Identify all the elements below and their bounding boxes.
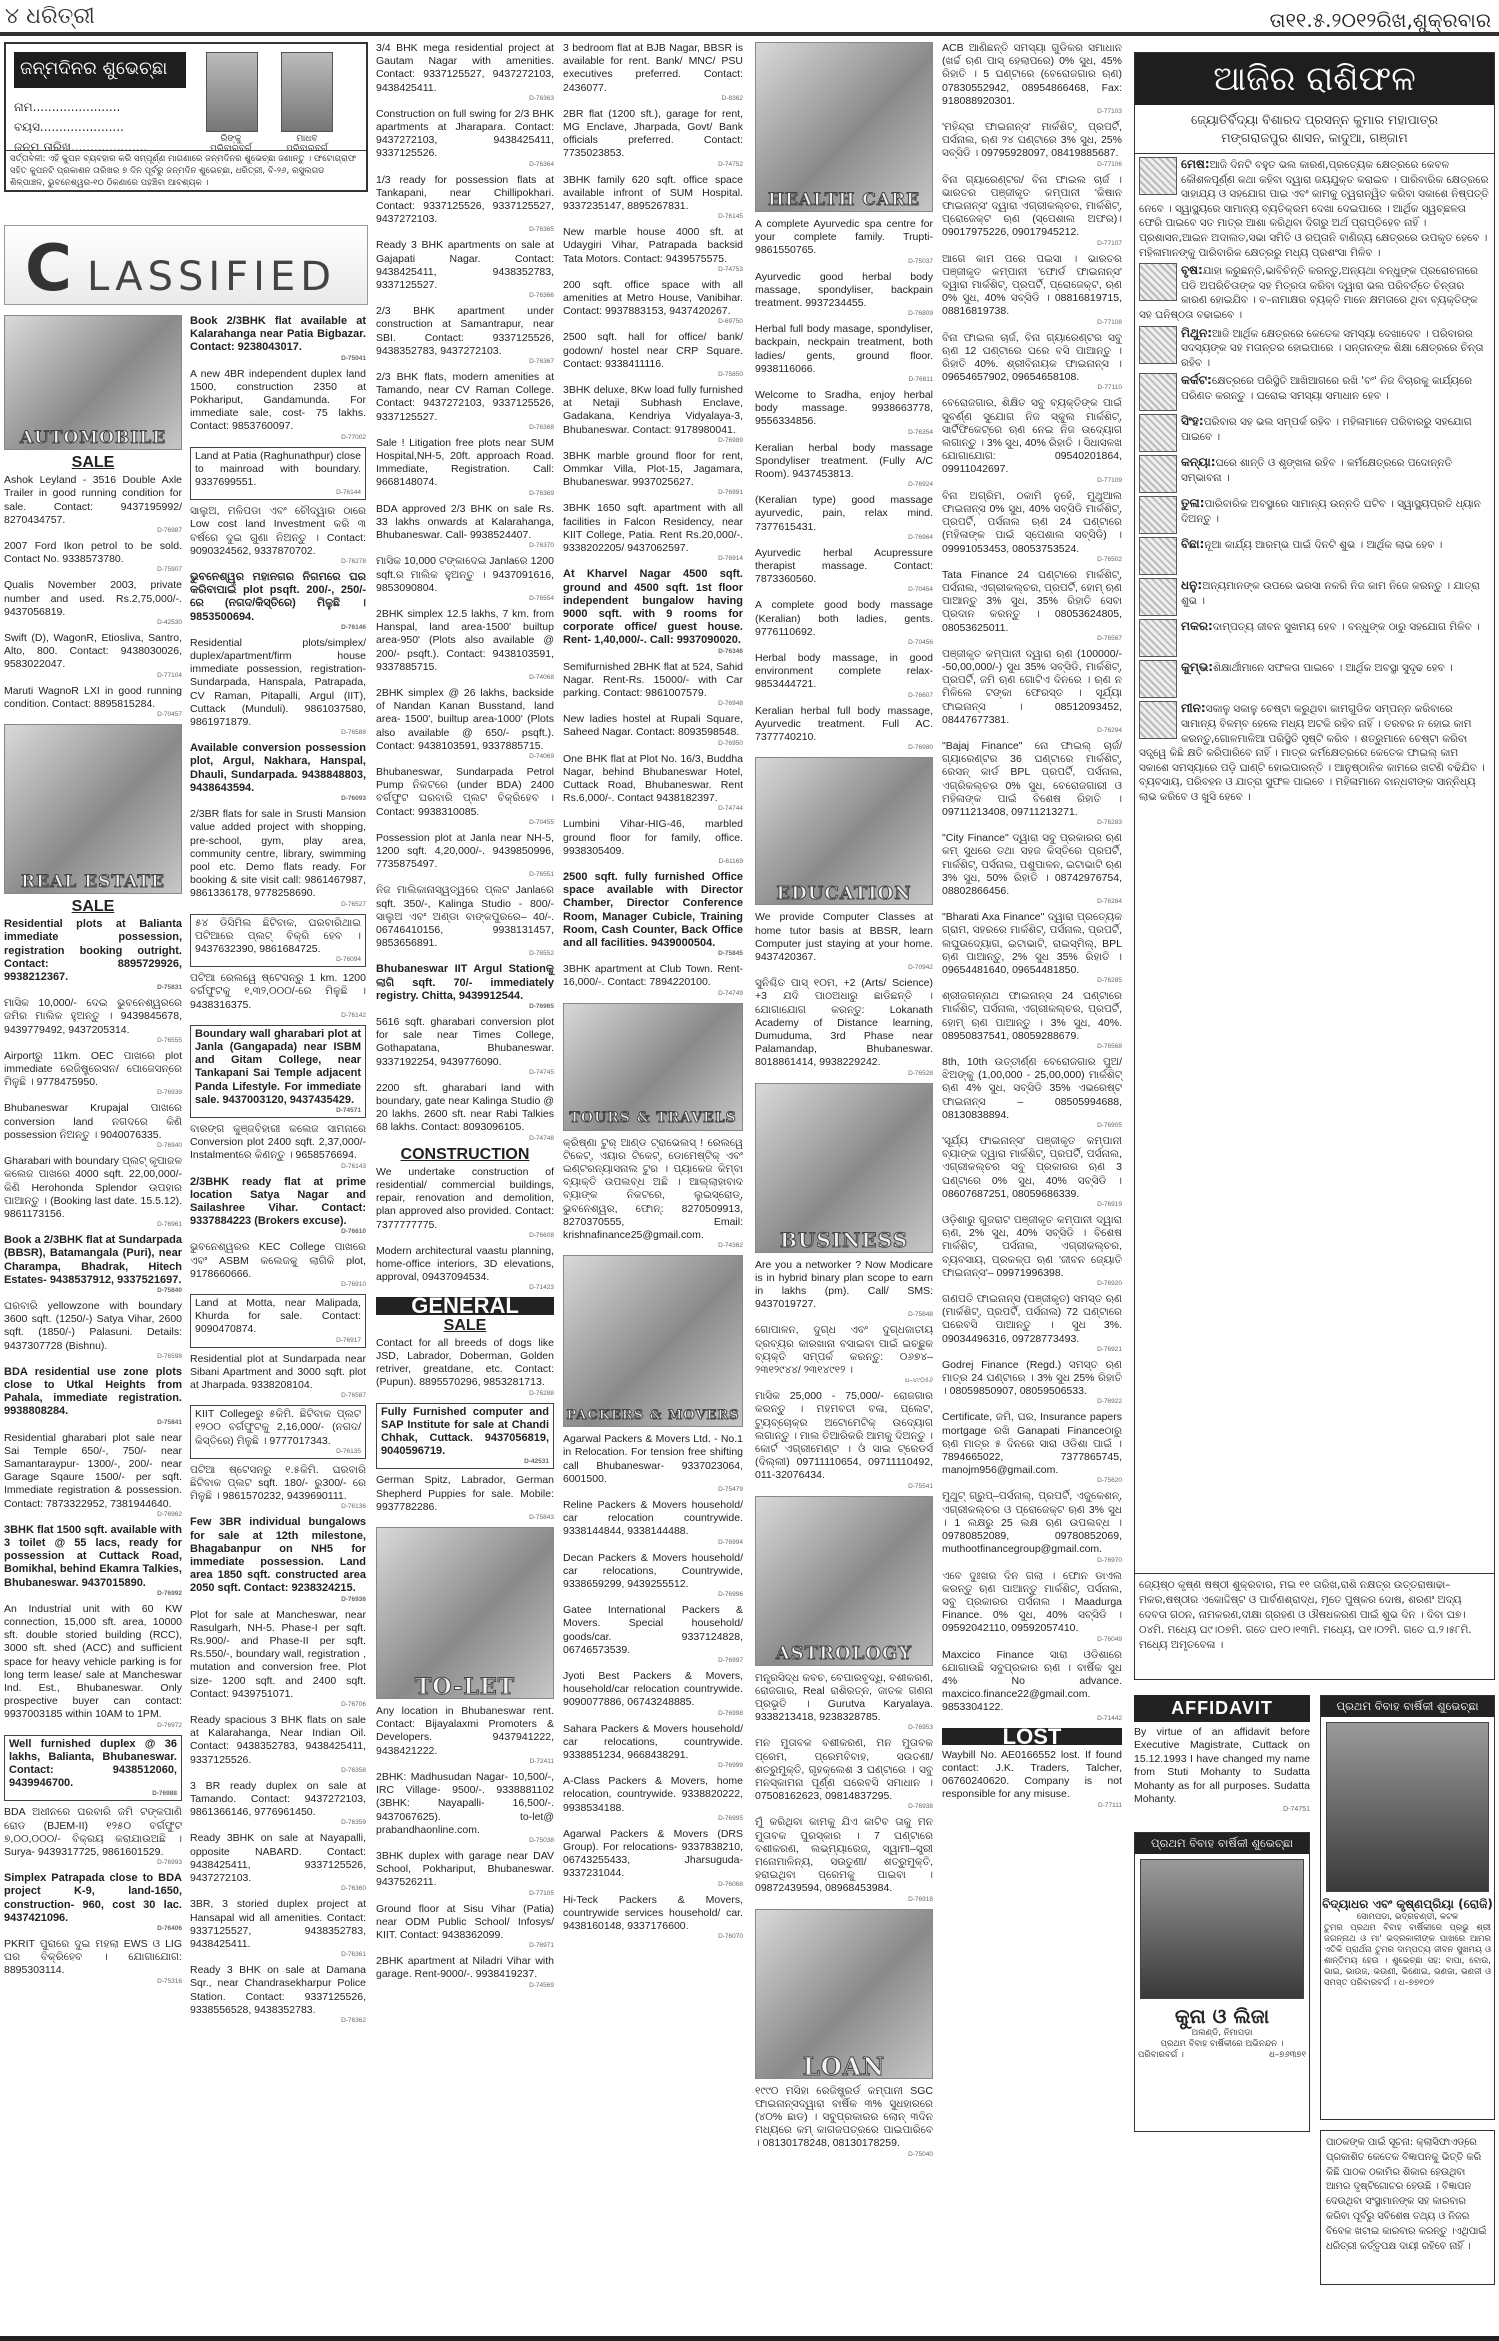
ad-text: A complete Ayurvedic spa centre for your… xyxy=(755,218,933,256)
ad-code: D-70456 xyxy=(755,639,933,647)
ad-text: 2/3 BHK apartment under construction at … xyxy=(376,305,554,357)
ad-code: D-76910 xyxy=(190,1281,366,1289)
ad-code: D-76588 xyxy=(190,729,366,737)
classified-ad: Boundary wall gharabari plot at Janla (G… xyxy=(190,1025,366,1118)
ad-code: D-76555 xyxy=(4,1037,182,1045)
ad-text: 'ସୂର୍ଯ୍ୟ ଫାଇନାନ୍ସ' ପଞ୍ଜୀକୃତ କମ୍ପାନୀ ବ୍ୟା… xyxy=(942,1135,1122,1200)
ad-code: D-76997 xyxy=(563,1657,743,1665)
classified-ad: We provide Computer Classes at home tuto… xyxy=(755,911,933,972)
ad-text: Ready spacious 3 BHK flats on sale at Ka… xyxy=(190,1714,366,1766)
classified-ad: 2500 sqft. fully furnished Office space … xyxy=(563,871,743,958)
classified-ad: Qualis November 2003, private number and… xyxy=(4,579,182,627)
ad-code: D-76367 xyxy=(376,358,554,366)
birthday-coupon-title: ଜନ୍ମଦିନର ଶୁଭେଚ୍ଛା xyxy=(14,52,186,88)
ad-text: Maruti WagnoR LXI in good running condit… xyxy=(4,685,182,710)
zodiac-name: ମେଷ: xyxy=(1181,157,1210,171)
ad-text: 2500 sqft. hall for office/ bank/ godown… xyxy=(563,331,743,369)
ad-code: D-76961 xyxy=(4,1221,182,1229)
ad-text: ମାସିକ 25,000 - 75,000/- ରୋଜଗାର କରନ୍ତୁ । … xyxy=(755,1390,933,1481)
ad-text: Agarwal Packers & Movers (DRS Group). Fo… xyxy=(563,1828,743,1880)
ad-text: Book 2/3BHK flat available at Kalarahang… xyxy=(190,315,366,353)
ad-text: BDA approved 2/3 BHK on sale Rs. 33 lakh… xyxy=(376,503,554,541)
ad-text: 3BHK marble ground floor for rent, Ommka… xyxy=(563,450,743,488)
zodiac-name: ମୀନ: xyxy=(1181,701,1206,715)
ad-text: ମାସିକ 10,000 ଟଙ୍କାଦେଇ Janlaରେ 1200 sqft.… xyxy=(376,555,554,593)
ad-text: 5616 sqft. gharabari conversion plot for… xyxy=(376,1016,554,1068)
ad-code: D-76369 xyxy=(376,490,554,498)
ad-code: D-70942 xyxy=(755,964,933,972)
zodiac-text: ପାରିବାରିକ ଅବସ୍ଥାରେ ସାମାନ୍ୟ ଉନ୍ନତି ଘଟିବ ।… xyxy=(1181,498,1481,525)
anniversary-wish-2: ପ୍ରଥମ ବିବାହ ବାର୍ଷିକୀ ଶୁଭେଚ୍ଛା କୁନା ଓ ଲିଜ… xyxy=(1134,1832,1310,2132)
ad-text: ମାସିକ 10,000/- ଦେଇ ଭୁବନେଶ୍ୱରରେ ଜମିର ମାଲି… xyxy=(4,997,182,1035)
zodiac-entry: କୁମ୍ଭ:ଶିକ୍ଷାର୍ଥୀମାନେ ସଫଳତା ପାଇବେ । ଆର୍ଥି… xyxy=(1135,657,1494,698)
ad-code: D-76987 xyxy=(4,527,182,535)
ad-code: D-76068 xyxy=(563,1881,743,1889)
classified-ad: 2BHK simplex @ 26 lakhs, backside of Nan… xyxy=(376,687,554,761)
ad-code: D-77104 xyxy=(4,672,182,680)
ad-text: 3BHK 1650 sqft. apartment with all facil… xyxy=(563,502,743,554)
ad-text: Ayurvedic good herbal body massage, spon… xyxy=(755,271,933,309)
classified-ad: Possession plot at Janla near NH-5, 1200… xyxy=(376,832,554,880)
ad-text: PKRIT ପୁରାରେ ଦୁଇ ମହଲା EWS ଓ LIG ଘର ବିକ୍ର… xyxy=(4,1938,182,1976)
ad-code: D-76980 xyxy=(755,744,933,752)
ad-code: D-75038 xyxy=(376,1837,554,1845)
zodiac-text: ଆଜି ଆର୍ଥିକ କ୍ଷେତ୍ରରେ କେତେକ ସମସ୍ୟା ଦେଖାଦେ… xyxy=(1181,328,1483,369)
ad-code: D-76049 xyxy=(942,1636,1122,1644)
page-number-masthead: ୪ ଧରିତ୍ରୀ xyxy=(5,4,95,29)
classified-ad: ବିନା ଫାଇଲ ଚାର୍ଜ, ବିନା ଗ୍ୟାରେଣ୍ଟର ସବୁ ଋଣ … xyxy=(942,332,1122,393)
ad-text: Residential plots at Balianta immediate … xyxy=(4,918,182,983)
zodiac-entry: ତୁଳା:ପାରିବାରିକ ଅବସ୍ଥାରେ ସାମାନ୍ୟ ଉନ୍ନତି ଘ… xyxy=(1135,493,1494,534)
classified-ad: ନିଜ ମାଲିକାନାସ୍ୱତ୍ୱରେ ପ୍ଲଟ Janlaରେ sqft. … xyxy=(376,884,554,958)
classified-ad: ପଞ୍ଜୀକୃତ କମ୍ପାନୀ ଦ୍ୱାରା ଋଣ (100000/- -50… xyxy=(942,648,1122,735)
classified-ad: Gharabari with boundary ପ୍ଲଟ୍ କୃପାଜଳ କଲେ… xyxy=(4,1155,182,1229)
ad-code: ଧ–୪୯୦୫୬ xyxy=(755,1377,933,1385)
ad-code: D-75479 xyxy=(563,1486,743,1494)
ad-code: D-76989 xyxy=(563,437,743,445)
classified-ad: Ashok Leyland - 3516 Double Axle Trailer… xyxy=(4,474,182,535)
classified-ad: Swift (D), WagonR, Etiosliva, Santro, Al… xyxy=(4,632,182,680)
ad-code: D-76368 xyxy=(376,424,554,432)
classified-ad: Keralian herbal body massage Spondyliser… xyxy=(755,442,933,490)
ad-code: D-76970 xyxy=(942,1557,1122,1565)
classified-ad: 3 bedroom flat at BJB Nagar, BBSR is ava… xyxy=(563,42,743,103)
birthday-coupon: ଜନ୍ମଦିନର ଶୁଭେଚ୍ଛା ନାମ...................… xyxy=(4,42,368,192)
classified-ad: ମାସିକ 10,000/- ଦେଇ ଭୁବନେଶ୍ୱରରେ ଜମିର ମାଲି… xyxy=(4,997,182,1045)
classified-ad: 2/3 BHK flats, modern amenities at Taman… xyxy=(376,371,554,432)
classified-ad: 3BHK deluxe, 8Kw load fully furnished at… xyxy=(563,384,743,445)
ad-text: Jyoti Best Packers & Movers, household/c… xyxy=(563,1670,743,1708)
classified-ad: ଭୁବନେଶ୍ୱର ମହାନଗର ନିଗମରେ ଘର କରିବାପାଇଁ plo… xyxy=(190,571,366,632)
ad-text: 3BHK apartment at Club Town. Rent-16,000… xyxy=(563,963,743,988)
ad-code: D-76917 xyxy=(195,1337,361,1345)
ad-text: Herbal full body masage, spondyliser, ba… xyxy=(755,323,933,375)
classified-ad: Agarwal Packers & Movers (DRS Group). Fo… xyxy=(563,1828,743,1889)
ad-text: Sale ! Litigation free plots near SUM Ho… xyxy=(376,437,554,489)
ad-code: D-76093 xyxy=(190,795,366,803)
classified-ad: Plot for sale at Mancheswar, near Rasulg… xyxy=(190,1609,366,1709)
classified-ad: Certificate, ଜମି, ଘର, Insurance papers m… xyxy=(942,1411,1122,1485)
ad-text: Airportରୁ 11km. OEC ପାଖରେ plot immediate… xyxy=(4,1050,182,1088)
zodiac-entry: ଧନୁ:ଅନ୍ୟମାନଙ୍କ ଉପରେ ଭରସା ନକରି ନିଜ କାମ ନି… xyxy=(1135,575,1494,616)
classified-ad: BDA residential use zone plots close to … xyxy=(4,1366,182,1427)
ad-text: Lumbini Vihar-HIG-46, marbled ground flo… xyxy=(563,818,743,856)
column-1: AUTOMOBILE SALE Ashok Leyland - 3516 Dou… xyxy=(4,315,182,1991)
ad-text: Book a 2/3BHK flat at Sundarpada (BBSR),… xyxy=(4,1234,182,1286)
zodiac-name: ବିଛା: xyxy=(1181,537,1204,551)
ad-code: D-76936 xyxy=(190,1596,366,1604)
classified-ad: New marble house 4000 sft. at Udaygiri V… xyxy=(563,226,743,274)
classified-ad: At Kharvel Nagar 4500 sqft. ground and 4… xyxy=(563,568,743,655)
loan-label: LOAN xyxy=(756,2060,932,2073)
ad-text: ଗଣପତି ଫାଇନାନ୍ସ (ପଞ୍ଜୀକୃତ) ସମସ୍ତ ଋଣ (ମାର୍… xyxy=(942,1293,1122,1345)
ad-text: Herbal body massage, in good environment… xyxy=(755,652,933,690)
classified-ad: ମାସିକ 10,000 ଟଙ୍କାଦେଇ Janlaରେ 1200 sqft.… xyxy=(376,555,554,603)
zodiac-name: ତୁଳା: xyxy=(1181,496,1205,510)
ad-text: Land at Motta, near Malipada, Khurda for… xyxy=(195,1297,361,1335)
classified-ad: KIIT Collegeରୁ ୫କିମି. ଛିଟିବାକ ପ୍ଲଟ ୧୨୦୦ … xyxy=(190,1405,366,1459)
classified-ad: 3BHK family 620 sqft. office space avail… xyxy=(563,174,743,222)
classified-ad: ୧୯୯୦ ମସିହା ରେଜିଷ୍ଟ୍ରର୍ଡ କମ୍ପାନୀ SGC ଫାଇନ… xyxy=(755,2085,933,2159)
classified-ad: 'ମହିନ୍ଦ୍ରା ଫାଇନାନ୍ସ' ମାର୍କଶିଟ୍, ପ୍ରପର୍ଟି… xyxy=(942,121,1122,169)
classified-ad: Land at Motta, near Malipada, Khurda for… xyxy=(190,1294,366,1348)
ad-code: D-77106 xyxy=(942,161,1122,169)
zodiac-entry: ସିଂହ:ପରିବାର ସହ ଭଲ ସମ୍ପର୍କ ରହିବ । ମହିଳାମା… xyxy=(1135,411,1494,452)
ad-code: D-76918 xyxy=(755,1896,933,1904)
ad-code: D-75840 xyxy=(4,1287,182,1295)
ad-text: 3BHK family 620 sqft. office space avail… xyxy=(563,174,743,212)
ad-code: D-76358 xyxy=(190,1767,366,1775)
issue-date: ତା୧୧.୫.୨୦୧୨ରିଖ,ଶୁକ୍ରବାର xyxy=(1270,8,1491,32)
column-4: 3 bedroom flat at BJB Nagar, BBSR is ava… xyxy=(563,42,743,1946)
ad-text: Qualis November 2003, private number and… xyxy=(4,579,182,617)
aquarius-icon xyxy=(1139,660,1177,698)
ad-code: D-72411 xyxy=(376,1758,554,1766)
ad-code: D-76999 xyxy=(563,1762,743,1770)
ad-code: D-76998 xyxy=(563,1710,743,1718)
classified-ad: 3BHK marble ground floor for rent, Ommka… xyxy=(563,450,743,498)
classified-ad: Ayurvedic herbal Acupressure therapist m… xyxy=(755,547,933,595)
classified-ad: ଶ୍ରୀଜଗନ୍ନାଥ ଫାଇନାନ୍ସ 24 ଘଣ୍ଟାରେ ମାର୍କଶିଟ… xyxy=(942,990,1122,1051)
ad-code: D-76288 xyxy=(376,1390,554,1398)
classified-ad: ମୁଥୁଟ୍ ଗ୍ରୁପ୍–ପର୍ସନାଲ୍, ପ୍ରପର୍ଟି, ଏଜୁକେଶ… xyxy=(942,1490,1122,1564)
ad-text: 2200 sft. gharabari land with boundary, … xyxy=(376,1082,554,1134)
ad-text: Are you a networker ? Now Modicare is in… xyxy=(755,1259,933,1311)
classified-ad: ଆଗେ କାମ ପରେ ପଇସା । ଭାରତର ପଞ୍ଜୀକୃତ କମ୍ପାନ… xyxy=(942,253,1122,327)
classified-ad: A complete Ayurvedic spa centre for your… xyxy=(755,218,933,266)
ad-text: "Bajaj Finance" ନୋ ଫାଇଲ୍ ଚାର୍ଜ/ ଗ୍ୟାରେଣ୍… xyxy=(942,740,1122,818)
ad-code: D-76608 xyxy=(376,1232,554,1240)
wish-1-names: ବିଦ୍ୟାଧର ଏବଂ କୃଷ୍ଣପ୍ରିୟା (ରୋଜି) xyxy=(1321,1897,1494,1912)
ad-code: D-76360 xyxy=(190,1885,366,1893)
ad-code: D-76994 xyxy=(563,1539,743,1547)
column-2: Book 2/3BHK flat available at Kalarahang… xyxy=(190,315,366,2030)
ad-code: D-70457 xyxy=(4,711,182,719)
pisces-icon xyxy=(1139,701,1177,739)
horoscope-title: ଆଜିର ରାଶିଫଳ xyxy=(1135,53,1494,105)
ad-text: One BHK flat at Plot No. 16/3, Buddha Na… xyxy=(563,753,743,805)
classified-ad: Lumbini Vihar-HIG-46, marbled ground flo… xyxy=(563,818,743,866)
zodiac-text: ଶିକ୍ଷାର୍ଥୀମାନେ ସଫଳତା ପାଇବେ । ଆର୍ଥିକ ଅବସ୍… xyxy=(1213,662,1453,674)
affidavit-code: D-74751 xyxy=(1134,1806,1310,1813)
classified-ad: We undertake construction of residential… xyxy=(376,1166,554,1240)
ad-code: D-70455 xyxy=(376,819,554,827)
ad-code: D-76706 xyxy=(190,1701,366,1709)
ad-code: D-76809 xyxy=(755,310,933,318)
horoscope-author: ଜ୍ୟୋତିର୍ବିଦ୍ୟା ବିଶାରଦ ପ୍ରସନ୍ନ କୁମାର ମହାପ… xyxy=(1135,105,1494,154)
ad-text: କ୍ରିଷ୍ଣା ଟୁର୍ ଆଣ୍ଡ ଟ୍ରାଭେଲସ୍ ! ରେଲୱେ ଟିକ… xyxy=(563,1137,743,1241)
wish-1-place: ସୋମପଡା, ଭଦ୍ରଚଣ୍ଡୀ, କଟକ xyxy=(1321,1912,1494,1923)
ad-code: D-77109 xyxy=(942,477,1122,485)
affidavit-heading: AFFIDAVIT xyxy=(1134,1695,1310,1722)
classified-c: C xyxy=(25,232,72,306)
ad-code: D-75848 xyxy=(755,1311,933,1319)
ad-code: D-76406 xyxy=(4,1925,182,1933)
zodiac-name: ମିଥୁନ: xyxy=(1181,326,1212,340)
ad-code: D-76567 xyxy=(942,635,1122,643)
horoscope-box: ଆଜିର ରାଶିଫଳ ଜ୍ୟୋତିର୍ବିଦ୍ୟା ବିଶାରଦ ପ୍ରସନ୍… xyxy=(1134,52,1495,1680)
ad-text: Bhubaneswar Krupajal ପାଖରେ conversion la… xyxy=(4,1102,182,1140)
ad-code: D-74362 xyxy=(563,1242,743,1250)
to-let-label: TO-LET xyxy=(377,1681,553,1694)
zodiac-signs: ମେଷ:ଆଜି ଦିନଟି ବହୁତ ଭଲ କାରଣ,ପ୍ରତ୍ୟେକ କ୍ଷେ… xyxy=(1135,154,1494,804)
ad-code: D-76598 xyxy=(4,1353,182,1361)
ad-code: D-76922 xyxy=(942,1398,1122,1406)
classified-ad: ବେରୋଜଗାର, ଶିକ୍ଷିତ ସବୁ ବ୍ୟକ୍ତିଙ୍କ ପାଇଁ ସୁ… xyxy=(942,397,1122,484)
wish-2-names: କୁନା ଓ ଲିଜା xyxy=(1135,2004,1309,2028)
classified-ad: 8th, 10th ଉତ୍ତୀର୍ଣ୍ଣ ବେରୋଜଗାର ପୁଅ/ ଝିଅଙ୍… xyxy=(942,1056,1122,1130)
ad-code: D-76136 xyxy=(190,1503,366,1511)
ad-text: A new 4BR independent duplex land 1500, … xyxy=(190,368,366,433)
ad-code: D-74753 xyxy=(563,266,743,274)
classified-ad: "Bharati Axa Finance" ଦ୍ୱାରା ପ୍ରତ୍ୟେକ ଗ୍… xyxy=(942,911,1122,985)
ad-text: Sahara Packers & Movers household/ car r… xyxy=(563,1723,743,1761)
ad-text: Decan Packers & Movers household/ car re… xyxy=(563,1552,743,1590)
astrologer-place: ମଙ୍ଗରାଜପୁର ଶାସନ, କାଦୁଆ, ଗଞ୍ଜାମ xyxy=(1135,129,1494,147)
ad-text: 1/3 ready for possession flats at Tankap… xyxy=(376,174,554,226)
classified-ad: Residential gharabari plot sale near Sai… xyxy=(4,1432,182,1519)
ad-code: D-76146 xyxy=(190,624,366,632)
scorpio-icon xyxy=(1139,537,1177,575)
zodiac-entry: ବିଛା:ନୂଆ କାର୍ଯ୍ୟ ଆରମ୍ଭ ପାଇଁ ଦିନଟି ଶୁଭ । … xyxy=(1135,534,1494,575)
ad-code: D-76527 xyxy=(190,901,366,909)
ad-text: Welcome to Sradha, enjoy herbal body mas… xyxy=(755,389,933,427)
wish-2-message: ପ୍ରଥମ ବିବାହ ବାର୍ଷିକୀରେ ଅଭିନନ୍ଦନ । xyxy=(1135,2039,1309,2050)
zodiac-name: ମକର: xyxy=(1181,619,1213,633)
ad-code: D-76363 xyxy=(376,95,554,103)
ad-code: D-74744 xyxy=(563,805,743,813)
ad-text: Residential gharabari plot sale near Sai… xyxy=(4,1432,182,1510)
ad-text: Godrej Finance (Regd.) ସମସ୍ତ ଋଣ ମାତ୍ର 24… xyxy=(942,1359,1122,1397)
almanac: ଜ୍ୟେଷ୍ଠ କୃଷ୍ଣ ଷଷ୍ଠୀ ଶୁକ୍ରବାର, ମଇ ୧୧ ତାରି… xyxy=(1135,1573,1494,1679)
classified-ad: 2/3BR flats for sale in Srusti Mansion v… xyxy=(190,808,366,908)
birthday-photo-2 xyxy=(281,52,333,132)
ad-code: D-8362 xyxy=(563,95,743,103)
affidavit-text: By virtue of an affidavit before Executi… xyxy=(1134,1726,1310,1806)
page-header: ୪ ଧରିତ୍ରୀ ତା୧୧.୫.୨୦୧୨ରିଖ,ଶୁକ୍ରବାର xyxy=(0,0,1499,36)
reader-advisory: ପାଠକଙ୍କ ପାଇଁ ସୂଚନା: କ୍ଲାସିଫାଏଡ୍‌ରେ ପ୍ରକା… xyxy=(1320,2130,1495,2285)
ad-code: D-76284 xyxy=(942,898,1122,906)
classified-ad: Residential plots at Balianta immediate … xyxy=(4,918,182,992)
ad-text: 3BHK deluxe, 8Kw load fully furnished at… xyxy=(563,384,743,436)
ad-code: D-76370 xyxy=(376,542,554,550)
ad-text: ପଟିଆ ରେଲୱେ ଷ୍ଟେସନ୍‌ରୁ 1 km. 1200 ବର୍ଗଫୁଟ… xyxy=(190,972,366,1010)
zodiac-entry: ମେଷ:ଆଜି ଦିନଟି ବହୁତ ଭଲ କାରଣ,ପ୍ରତ୍ୟେକ କ୍ଷେ… xyxy=(1135,154,1494,260)
ad-code: D-76283 xyxy=(942,819,1122,827)
ad-code: D-76552 xyxy=(376,950,554,958)
ad-text: Bhubaneswar, Sundarpada Petrol Pump ନିକଟ… xyxy=(376,766,554,818)
construction-heading: CONSTRUCTION xyxy=(376,1148,554,1161)
ad-text: Few 3BR individual bungalows for sale at… xyxy=(190,1516,366,1594)
classified-ad: ମନ ମୁତାବକ ବଶୀକରଣ, ମନ ମୁତାବକ ପ୍ରେମ, ପ୍ରେମ… xyxy=(755,1737,933,1811)
classified-ad: 2BHK apartment at Niladri Vihar with gar… xyxy=(376,1955,554,1989)
ad-text: 3 BR ready duplex on sale at Tamando. Co… xyxy=(190,1780,366,1818)
ad-code: D-42530 xyxy=(4,619,182,627)
classified-ad: Residential plot at Sundarpada near Siba… xyxy=(190,1353,366,1401)
classified-ad: 3BHK flat 1500 sqft. available with 3 to… xyxy=(4,1524,182,1598)
ad-code: D-76366 xyxy=(376,292,554,300)
to-let-image: TO-LET xyxy=(376,1527,554,1699)
ad-text: ଭୁବନେଶ୍ୱର ମହାନଗର ନିଗମରେ ଘର କରିବାପାଇଁ plo… xyxy=(190,571,366,623)
classified-ad: 2/3BHK ready flat at prime location Saty… xyxy=(190,1176,366,1237)
real-estate-image: REAL ESTATE xyxy=(4,724,182,894)
ad-text: KIIT Collegeରୁ ୫କିମି. ଛିଟିବାକ ପ୍ଲଟ ୧୨୦୦ … xyxy=(195,1408,361,1446)
classified-ad: 3 BR ready duplex on sale at Tamando. Co… xyxy=(190,1780,366,1828)
ad-code: D-75831 xyxy=(4,984,182,992)
classified-ad: Few 3BR individual bungalows for sale at… xyxy=(190,1516,366,1603)
ad-text: We undertake construction of residential… xyxy=(376,1166,554,1231)
classified-ad: New ladies hostel at Rupali Square, Sahe… xyxy=(563,713,743,747)
ad-text: Keralian herbal full body massage, Ayurv… xyxy=(755,705,933,743)
ad-code: D-76528 xyxy=(755,1070,933,1078)
sale-heading: SALE xyxy=(4,456,182,469)
ad-text: 2/3 BHK flats, modern amenities at Taman… xyxy=(376,371,554,423)
classified-ad: Sale ! Litigation free plots near SUM Ho… xyxy=(376,437,554,498)
classified-ad: Ayurvedic good herbal body massage, spon… xyxy=(755,271,933,319)
automobile-image: AUTOMOBILE xyxy=(4,315,182,450)
packers-movers-label: PACKERS & MOVERS xyxy=(564,1409,742,1422)
ad-code: D-77111 xyxy=(942,1802,1122,1810)
classified-ad: 2/3 BHK apartment under construction at … xyxy=(376,305,554,366)
ad-code: D-76938 xyxy=(755,1803,933,1811)
ad-code: D-75541 xyxy=(755,1483,933,1491)
ad-code: D-76972 xyxy=(4,1722,182,1730)
ad-code: D-74571 xyxy=(195,1107,361,1115)
classified-ad: Contact for all breeds of dogs like JSD,… xyxy=(376,1337,554,1398)
ad-code: D-76962 xyxy=(4,1511,182,1519)
ad-text: ନିଜ ମାଲିକାନାସ୍ୱତ୍ୱରେ ପ୍ଲଟ Janlaରେ sqft. … xyxy=(376,884,554,949)
general-heading: GENERAL xyxy=(376,1297,554,1314)
ad-text: An Industrial unit with 60 KW connection… xyxy=(4,1603,182,1721)
ad-code: D-76964 xyxy=(755,534,933,542)
ad-text: Available conversion possession plot, Ar… xyxy=(190,742,366,794)
classified-ad: "Bajaj Finance" ନୋ ଫାଇଲ୍ ଚାର୍ଜ/ ଗ୍ୟାରେଣ୍… xyxy=(942,740,1122,827)
ad-text: "Bharati Axa Finance" ଦ୍ୱାରା ପ୍ରତ୍ୟେକ ଗ୍… xyxy=(942,911,1122,976)
ad-text: At Kharvel Nagar 4500 sqft. ground and 4… xyxy=(563,568,743,646)
ad-text: Contact for all breeds of dogs like JSD,… xyxy=(376,1337,554,1389)
ad-code: D-76948 xyxy=(563,700,743,708)
classified-ad: Decan Packers & Movers household/ car re… xyxy=(563,1552,743,1600)
classified-ad: ଓଡ଼ିଶାରୁ ଗୁଜରାଟ ପଞ୍ଜୀକୃତ କମ୍ପାନୀ ଦ୍ୱାରା … xyxy=(942,1214,1122,1288)
classified-ad: Book 2/3BHK flat available at Kalarahang… xyxy=(190,315,366,363)
classified-ad: 2007 Ford Ikon petrol to be sold. Contac… xyxy=(4,540,182,574)
ad-text: New ladies hostel at Rupali Square, Sahe… xyxy=(563,713,743,738)
libra-icon xyxy=(1139,496,1177,534)
ad-text: ଗୋପାଳନ, ଦୁଗ୍ଧ ଏବଂ ଦୁଗ୍ଧଜାତୀୟ ଦ୍ରବ୍ୟର କାର… xyxy=(755,1324,933,1376)
ad-text: ବାରଙ୍ଗ କୁଞ୍ଜବିହାରୀ କଲେଜ ସାମନାରେ Conversi… xyxy=(190,1123,366,1161)
classified-ad: ଏବେ ଦୁଃଖର ଦିନ ଗଲା । ଫୋନ ଡାଏଲ କରନ୍ତୁ ଋଣ ପ… xyxy=(942,1570,1122,1644)
ad-text: Ground floor at Sisu Vihar (Patia) near … xyxy=(376,1903,554,1941)
ad-code: D-75850 xyxy=(563,371,743,379)
tours-travels-image: TOURS & TRAVELS xyxy=(563,1003,743,1131)
classified-ad: 3BHK duplex with garage near DAV School,… xyxy=(376,1850,554,1898)
ad-code: D-42531 xyxy=(381,1458,549,1466)
ad-code: D-76346 xyxy=(563,648,743,656)
ad-text: (Keralian type) good massage ayurvedic, … xyxy=(755,494,933,532)
ad-text: ମନ୍ତ୍ରସିଦ୍ଧ କବଚ, ବେପାରବୃଦ୍ଧି, ବଶୀକରଣ, ରୋ… xyxy=(755,1672,933,1724)
ad-text: Maxcico Finance ସାରା ଓଡିଶାରେ ଯୋଗାଉଛି ସବୁ… xyxy=(942,1649,1122,1714)
zodiac-text: ସକାଳୁ ସକାଳୁ ଚେଷ୍ଟା କରୁଥିବା କାମଗୁଡିକ ସମ୍ପ… xyxy=(1139,703,1485,803)
wish-1-message: ତୁମର ପ୍ରଥମ ବିବାହ ବାର୍ଷିକୀରେ ପ୍ରଭୁ ଶ୍ରୀ ଜ… xyxy=(1321,1923,1494,1989)
ad-text: BDA residential use zone plots close to … xyxy=(4,1366,182,1418)
classified-ad: Land at Patia (Raghunathpur) close to ma… xyxy=(190,447,366,501)
taurus-icon xyxy=(1139,263,1177,301)
classified-ad: 2500 sqft. hall for office/ bank/ godown… xyxy=(563,331,743,379)
ad-text: ପଟିଆ ଷ୍ଟେସନରୁ ୧.୫କିମି. ଘରବାରି ଛିଟିବାକ ପ୍… xyxy=(190,1464,366,1502)
ad-text: New marble house 4000 sft. at Udaygiri V… xyxy=(563,226,743,264)
ad-code: D-74068 xyxy=(376,674,554,682)
ad-text: ମୁଁ କରିଥିବା କାମକୁ ଯିଏ କାଟିବ ତାକୁ ମନ ମୁତା… xyxy=(755,1816,933,1894)
ad-text: 2007 Ford Ikon petrol to be sold. Contac… xyxy=(4,540,182,565)
ad-code: D-76992 xyxy=(4,1590,182,1598)
zodiac-text: ଘରେ ଶାନ୍ତି ଓ ଶୃଙ୍ଖଳା ରହିବ । କର୍ମକ୍ଷେତ୍ରର… xyxy=(1181,457,1452,484)
ad-text: Land at Patia (Raghunathpur) close to ma… xyxy=(195,450,361,488)
business-label: BUSINESS xyxy=(756,1234,932,1247)
ad-code: D-75037 xyxy=(755,258,933,266)
ad-code: D-76995 xyxy=(563,1815,743,1823)
ad-code: D-77108 xyxy=(942,319,1122,327)
classified-ad: 2BHK: Madhusudan Nagar- 10,500/-, IRC Vi… xyxy=(376,1771,554,1845)
ad-code: D-76950 xyxy=(563,740,743,748)
zodiac-text: ଅନ୍ୟମାନଙ୍କ ଉପରେ ଭରସା ନକରି ନିଜ କାମ ନିଜେ କ… xyxy=(1181,580,1480,607)
ad-text: A-Class Packers & Movers, home relocatio… xyxy=(563,1775,743,1813)
ad-code: D-76965 xyxy=(376,1003,554,1011)
classified-ad: ଭୁବନେଶ୍ୱରର KEC College ପାଖରେ ଏବଂ ASBM କଲ… xyxy=(190,1241,366,1289)
classified-ad: Bhubaneswar, Sundarpada Petrol Pump ନିକଟ… xyxy=(376,766,554,827)
classified-ad: Maruti WagnoR LXI in good running condit… xyxy=(4,685,182,719)
ad-text: Plot for sale at Mancheswar, near Rasulg… xyxy=(190,1609,366,1700)
classified-ad: Ready 3 BHK on sale at Damana Sqr., near… xyxy=(190,1964,366,2025)
name-field: ନାମ....................... xyxy=(14,100,120,115)
ad-code: D-74745 xyxy=(376,1069,554,1077)
ad-code: D-75316 xyxy=(4,1978,182,1986)
ad-code: D-76939 xyxy=(4,1089,182,1097)
classified-ad: Residential plots/simplex/ duplex/apartm… xyxy=(190,637,366,737)
ad-code: D-76285 xyxy=(942,977,1122,985)
ad-code: D-77107 xyxy=(942,240,1122,248)
ad-text: ସାଲୁଅ, ମଳିପଡା ଏବଂ ଚୌଦ୍ୱାର ଠାରେ Low cost … xyxy=(190,505,366,557)
zodiac-text: ନୂଆ କାର୍ଯ୍ୟ ଆରମ୍ଭ ପାଇଁ ଦିନଟି ଶୁଭ । ଆର୍ଥି… xyxy=(1204,539,1442,551)
zodiac-name: ସିଂହ: xyxy=(1181,414,1204,428)
ad-text: Simplex Patrapada close to BDA project K… xyxy=(4,1872,182,1924)
cancer-icon xyxy=(1139,373,1177,411)
ad-text: ଘରବାରି yellowzone with boundary 3600 sqf… xyxy=(4,1300,182,1352)
ad-text: ACB ଆଣିଛନ୍ତି ସମସ୍ୟା ଗୁଡିକର ସମାଧାନ (ଖର୍ଚ୍… xyxy=(942,42,1122,107)
ad-code: D-75620 xyxy=(942,1477,1122,1485)
classified-ad: An Industrial unit with 60 KW connection… xyxy=(4,1603,182,1730)
classified-ad: 3BHK apartment at Club Town. Rent-16,000… xyxy=(563,963,743,997)
classified-ad: A-Class Packers & Movers, home relocatio… xyxy=(563,1775,743,1823)
